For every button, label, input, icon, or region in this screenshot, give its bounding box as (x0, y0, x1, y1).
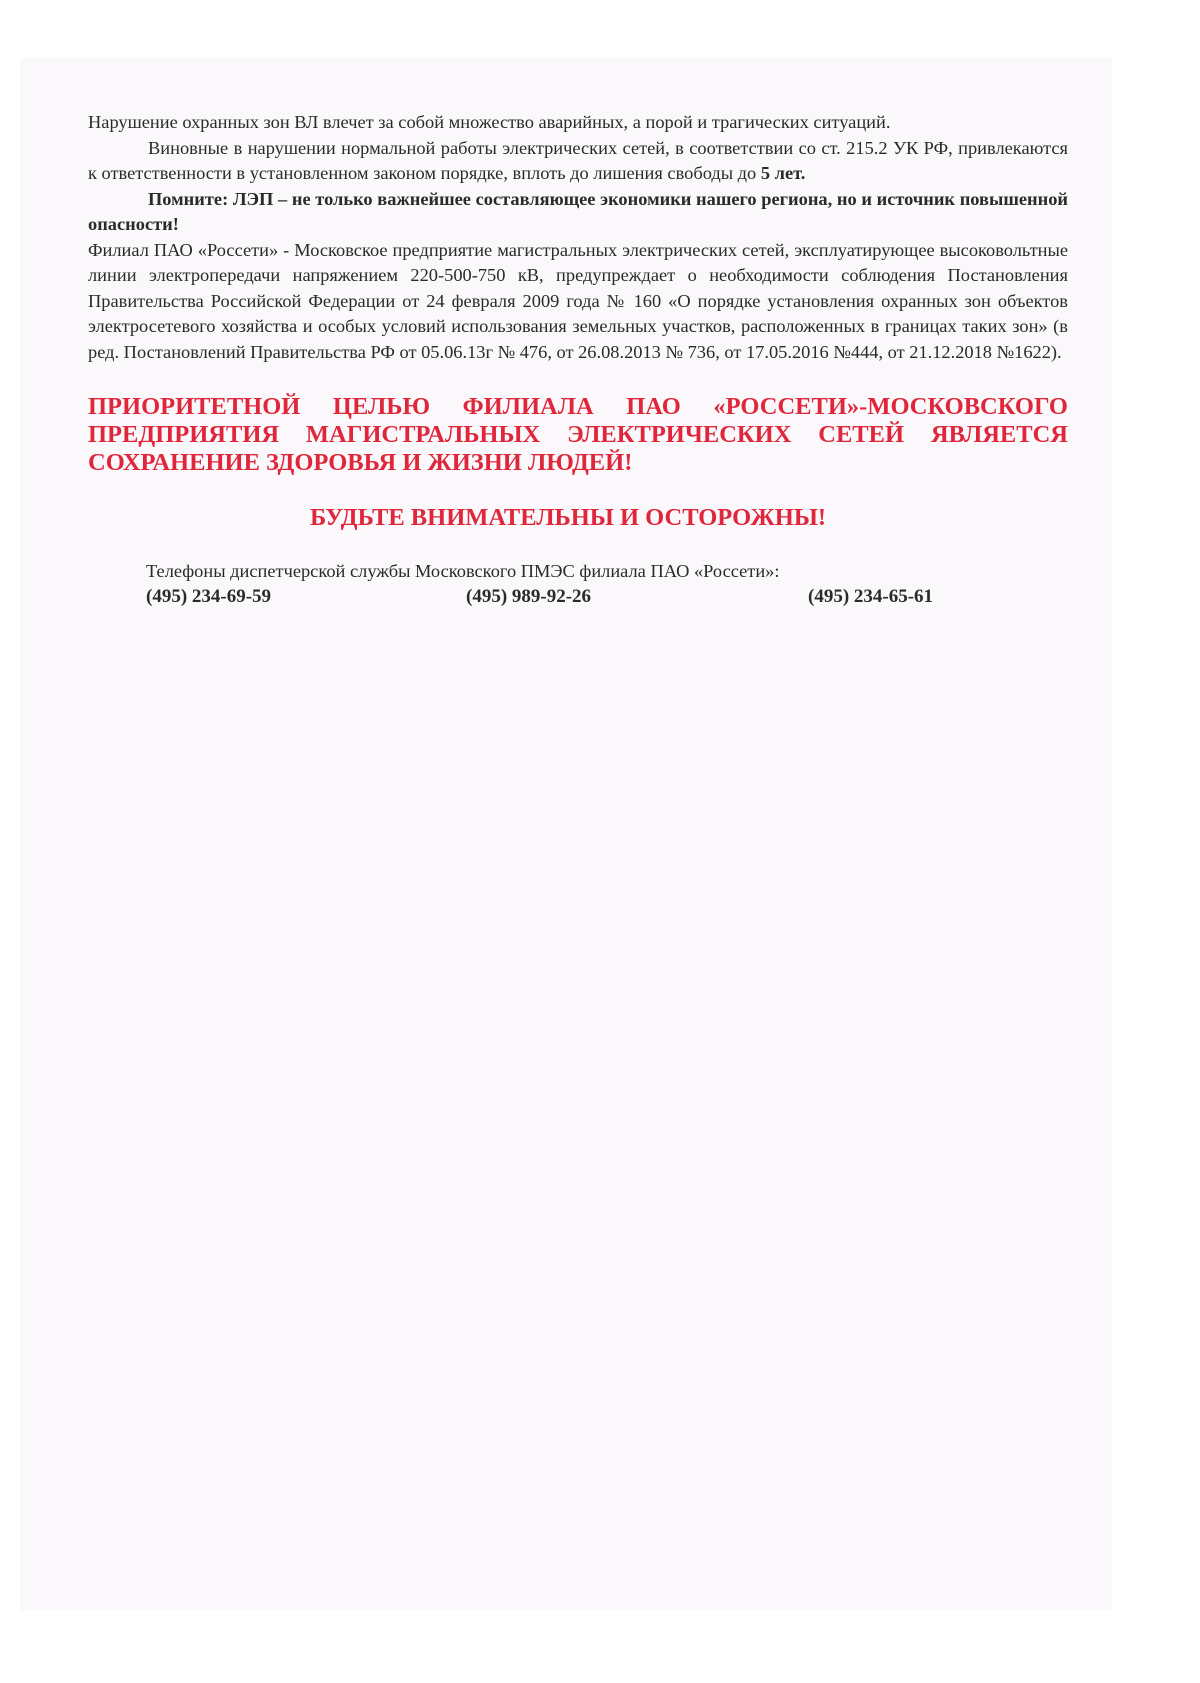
phones-list: (495) 234-69-59 (495) 989-92-26 (495) 23… (88, 584, 1068, 612)
document-body: Нарушение охранных зон ВЛ влечет за собо… (88, 110, 1068, 612)
remember-text: Помните: ЛЭП – не только важнейшее соста… (88, 189, 1068, 235)
paragraph-violation: Нарушение охранных зон ВЛ влечет за собо… (88, 110, 1068, 136)
paragraph-remember: Помните: ЛЭП – не только важнейшее соста… (88, 187, 1068, 238)
paragraph-branch-notice: Филиал ПАО «Россети» - Московское предпр… (88, 238, 1068, 366)
liability-term: 5 лет. (761, 163, 806, 183)
phone-number-1: (495) 234-69-59 (146, 584, 271, 610)
phone-number-3: (495) 234-65-61 (808, 584, 933, 610)
priority-statement: ПРИОРИТЕТНОЙ ЦЕЛЬЮ ФИЛИАЛА ПАО «РОССЕТИ»… (88, 393, 1068, 477)
warning-heading: БУДЬТЕ ВНИМАТЕЛЬНЫ И ОСТОРОЖНЫ! (88, 505, 1068, 531)
liability-text: Виновные в нарушении нормальной работы э… (88, 138, 1068, 184)
paragraph-liability: Виновные в нарушении нормальной работы э… (88, 136, 1068, 187)
phones-title: Телефоны диспетчерской службы Московског… (146, 559, 1068, 585)
phone-number-2: (495) 989-92-26 (466, 584, 591, 610)
